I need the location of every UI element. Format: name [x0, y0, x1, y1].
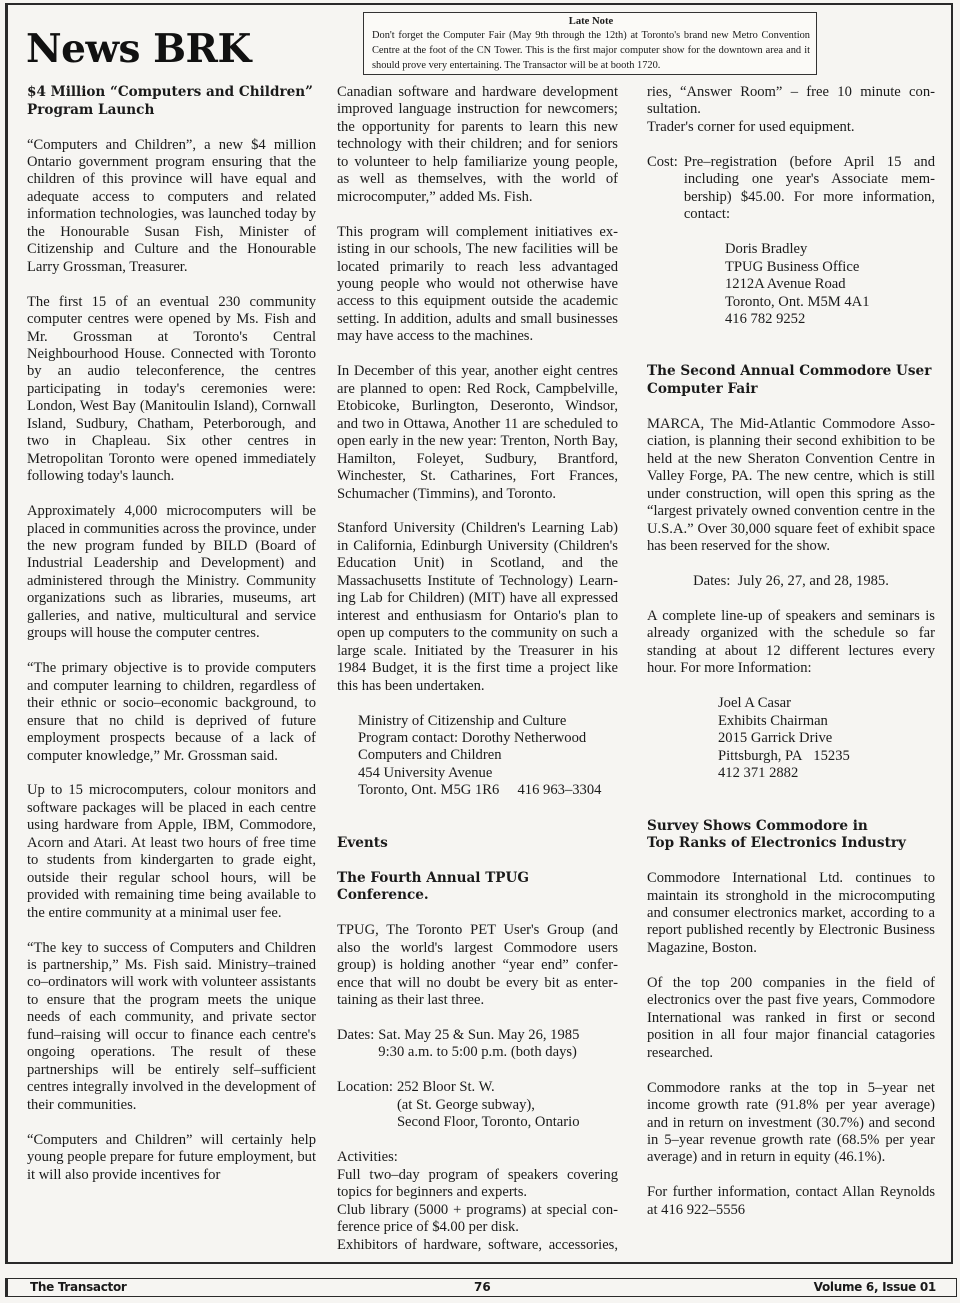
marca-intro: MARCA, The Mid-Atlantic Commodore Asso­c…	[647, 416, 935, 556]
activity-item: Club library (5000 + programs) at specia…	[337, 1202, 618, 1237]
events-section-title: Events	[337, 835, 618, 853]
contact-line: Exhibits Chairman	[718, 713, 935, 730]
contact-line: Computers and Children	[358, 747, 618, 764]
survey-paragraph: For further information, contact Allan R…	[647, 1184, 935, 1219]
contact-line: 412 371 2882	[718, 765, 935, 782]
article-paragraph: In December of this year, another eight …	[337, 363, 618, 503]
volume-issue: Volume 6, Issue 01	[814, 1279, 936, 1295]
article-paragraph: Up to 15 microcomputers, colour monitors…	[27, 782, 316, 922]
survey-paragraph: Commodore ranks at the top in 5–year net…	[647, 1080, 935, 1167]
contact-line: Doris Bradley	[725, 241, 935, 258]
location-line: 252 Bloor St. W.	[397, 1079, 580, 1096]
marca-dates: Dates: July 26, 27, and 28, 1985.	[647, 573, 935, 590]
article-paragraph: The first 15 of an eventual 230 communit…	[27, 294, 316, 486]
survey-headline-line: Top Ranks of Electronics Industry	[647, 835, 935, 853]
dates-line: Sat. May 25 & Sun. May 26, 1985	[378, 1027, 579, 1044]
contact-line: Toronto, Ont. M5M 4A1	[725, 294, 935, 311]
contact-line: Ministry of Citizenship and Culture	[358, 713, 618, 730]
activity-item: Exhibitors of hardware, software, access…	[337, 1237, 618, 1255]
contact-line: Toronto, Ont. M5G 1R6 416 963–3304	[358, 782, 618, 799]
column-left: $4 Million “Computers and Children” Prog…	[27, 84, 316, 1201]
contact-line: Joel A Casar	[718, 695, 935, 712]
cost-text: Pre–registration (before April 15 and in…	[678, 154, 935, 224]
page-number: 76	[474, 1279, 491, 1295]
article-paragraph: This program will complement initiatives…	[337, 224, 618, 346]
contact-line: 454 University Avenue	[358, 765, 618, 782]
survey-paragraph: Commodore International Ltd. continues t…	[647, 870, 935, 957]
survey-paragraph: Of the top 200 companies in the field of…	[647, 975, 935, 1062]
survey-headline-line: Survey Shows Commodore in	[647, 818, 935, 836]
article-paragraph: “The primary objective is to provide com…	[27, 660, 316, 765]
late-note-title: Late Note	[372, 15, 810, 28]
activity-item-continued: ries, “Answer Room” – free 10 minute con…	[647, 84, 935, 119]
dates-label: Dates:	[337, 1027, 374, 1062]
tpug-dates: Dates: Sat. May 25 & Sun. May 26, 1985 9…	[337, 1027, 618, 1062]
activity-item: Trader's corner for used equipment.	[647, 119, 935, 136]
article-paragraph: “The key to success of Computers and Chi…	[27, 940, 316, 1115]
cost-label: Cost:	[647, 154, 678, 224]
dates-line: 9:30 a.m. to 5:00 p.m. (both days)	[378, 1044, 579, 1061]
location-line: Second Floor, Toronto, Ontario	[397, 1114, 580, 1131]
tpug-cost: Cost: Pre–registration (before April 15 …	[647, 154, 935, 224]
column-middle: Canadian software and hardware develop­m…	[337, 84, 618, 1254]
activities-label: Activities:	[337, 1149, 618, 1166]
tpug-contact-block: Doris Bradley TPUG Business Office 1212A…	[647, 241, 935, 328]
contact-line: TPUG Business Office	[725, 259, 935, 276]
article-paragraph: Approximately 4,000 microcomputers will …	[27, 503, 316, 643]
publication-name: The Transactor	[30, 1279, 127, 1295]
article-paragraph: “Computers and Children” will certainly …	[27, 1132, 316, 1184]
article-paragraph: “Computers and Children”, a new $4 milli…	[27, 137, 316, 277]
article-paragraph: Stanford University (Children's Learning…	[337, 520, 618, 695]
page-footer: The Transactor 76 Volume 6, Issue 01	[5, 1278, 957, 1297]
ministry-contact-block: Ministry of Citizenship and Culture Prog…	[337, 713, 618, 800]
masthead-title: News BRK	[26, 26, 251, 72]
location-label: Location:	[337, 1079, 393, 1131]
activity-item: Full two–day program of speakers coverin…	[337, 1167, 618, 1202]
column-right: ries, “Answer Room” – free 10 minute con…	[647, 84, 935, 1237]
contact-line: 2015 Garrick Drive	[718, 730, 935, 747]
contact-line: Pittsburgh, PA 15235	[718, 748, 935, 765]
article-paragraph: Canadian software and hardware develop­m…	[337, 84, 618, 206]
contact-line: 416 782 9252	[725, 311, 935, 328]
marca-fair-headline: The Second Annual Commodore User Compute…	[647, 363, 935, 398]
contact-line: 1212A Avenue Road	[725, 276, 935, 293]
marca-contact-block: Joel A Casar Exhibits Chairman 2015 Garr…	[647, 695, 935, 782]
location-line: (at St. George subway),	[397, 1097, 580, 1114]
contact-line: Program contact: Dorothy Netherwood	[358, 730, 618, 747]
article-headline-computers-and-children: $4 Million “Computers and Children” Prog…	[27, 84, 316, 119]
marca-lineup: A complete line-up of speakers and semin…	[647, 608, 935, 678]
tpug-location: Location: 252 Bloor St. W. (at St. Georg…	[337, 1079, 618, 1131]
late-note-box: Late Note Don't forget the Computer Fair…	[363, 12, 817, 75]
tpug-conference-headline: The Fourth Annual TPUG Conference.	[337, 870, 618, 905]
tpug-intro: TPUG, The Toronto PET User's Group (and …	[337, 922, 618, 1009]
late-note-text: Don't forget the Computer Fair (May 9th …	[372, 28, 810, 73]
survey-headline: Survey Shows Commodore in Top Ranks of E…	[647, 818, 935, 853]
